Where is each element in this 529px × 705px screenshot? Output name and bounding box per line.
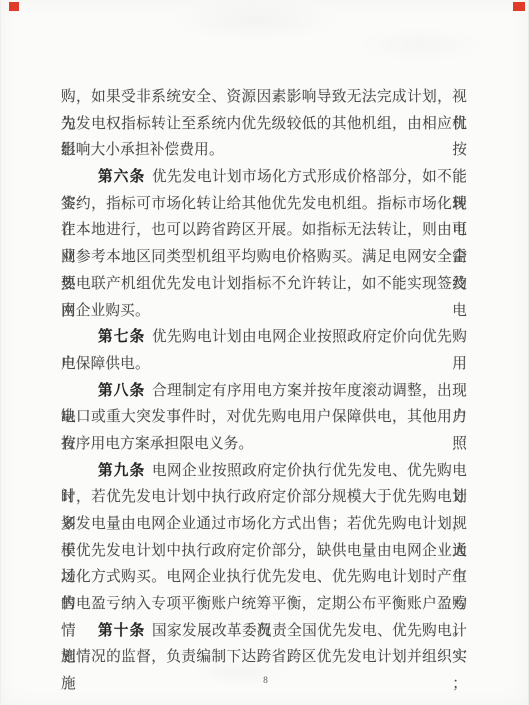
text-line: 多发电量由电网企业通过市场化方式出售；若优先购电计划规模大	[61, 511, 467, 538]
red-corner-mark-right	[513, 2, 525, 11]
text-line: 缺口或重大突发事件时，对优先购电用户保障供电，其他用户按照	[61, 404, 467, 431]
text-line: 购，如果受非系统安全、资源因素影响导致无法完成计划，视为优	[61, 84, 467, 111]
article-number: 第八条	[98, 383, 145, 399]
text-line: 售电盈亏纳入专项平衡账户统筹平衡，定期公布平衡账户盈亏情况。	[61, 591, 467, 618]
document-body: 购，如果受非系统安全、资源因素影响导致无法完成计划，视为优先发电权指标转让至系统…	[61, 84, 467, 671]
text-line: 先发电权指标转让至系统内优先级较低的其他机组，由相应机组按	[61, 111, 467, 138]
text-line: 第九条电网企业按照政府定价执行优先发电、优先购电计划	[61, 458, 467, 485]
text-line: 施情况的监督，负责编制下达跨省跨区优先发电计划并组织实施；	[61, 644, 467, 671]
text-line: 第八条合理制定有序用电方案并按年度滚动调整，出现电力	[61, 378, 467, 405]
text-line: 热电联产机组优先发电计划指标不允许转让，如不能实现签约由电	[61, 271, 467, 298]
text-line: 场化方式购买。电网企业执行优先发电、优先购电计划时产生的购	[61, 564, 467, 591]
text-line: 时，若优先发电计划中执行政府定价部分规模大于优先购电计划，	[61, 484, 467, 511]
text-line: 签约，指标可市场化转让给其他优先发电机组。指标市场化转让可	[61, 191, 467, 218]
article-number: 第九条	[98, 463, 145, 479]
text-line: 业参考本地区同类型机组平均购电价格购买。满足电网安全需要及	[61, 244, 467, 271]
article-number: 第七条	[98, 329, 145, 345]
article-number: 第十条	[98, 623, 145, 639]
text-line: 在本地进行，也可以跨省跨区开展。如指标无法转让，则由电网企	[61, 217, 467, 244]
text-line: 第七条优先购电计划由电网企业按照政府定价向优先购电用	[61, 324, 467, 351]
red-corner-mark-left	[9, 2, 19, 11]
page-number: 8	[1, 674, 529, 688]
text-line: 于优先发电计划中执行政府定价部分，缺供电量由电网企业通过市	[61, 538, 467, 565]
text-line: 第十条国家发展改革委负责全国优先发电、优先购电计划实	[61, 618, 467, 645]
text-line: 第六条优先发电计划市场化方式形成价格部分，如不能实现	[61, 164, 467, 191]
document-page: 购，如果受非系统安全、资源因素影响导致无法完成计划，视为优先发电权指标转让至系统…	[0, 0, 529, 705]
article-number: 第六条	[98, 169, 145, 185]
